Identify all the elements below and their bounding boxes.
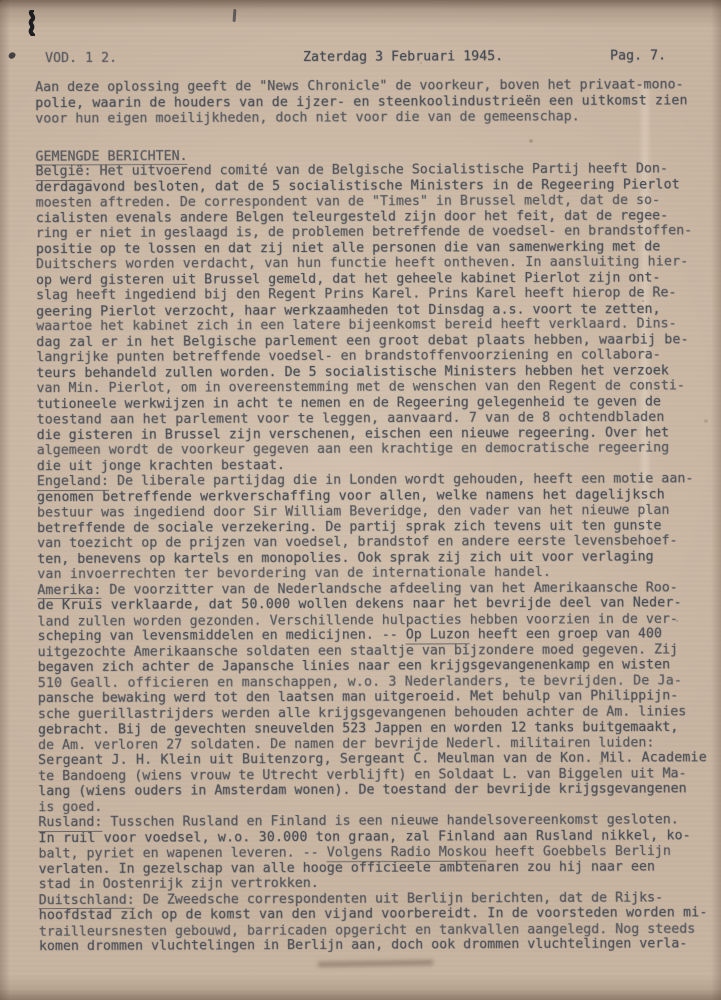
section-belgie: België: Het uitvoerend comité van de Bel… [35,161,696,474]
document-content: VOD. 1 2. Zaterdag 3 Februari 1945. Pag.… [35,48,699,954]
news-sections: België: Het uitvoerend comité van de Bel… [35,161,698,954]
scan-shadow-top [0,0,721,30]
section-engeland: Engeland: De liberale partijdag die in L… [37,471,697,582]
paper-specks [0,0,2,2]
issue-label: VOD. 1 2. [45,51,117,67]
ink-tick-mark [233,9,237,22]
scanned-page: VOD. 1 2. Zaterdag 3 Februari 1945. Pag.… [0,0,721,1000]
page-number-label: Pag. 7. [610,48,666,64]
scan-shadow-bottom [0,974,721,1000]
date-label: Zaterdag 3 Februari 1945. [303,49,503,65]
smudge-mark [318,960,433,967]
scan-shadow-right [711,0,721,1000]
intro-paragraph: Aan deze oplossing geeft de "News Chroni… [35,77,695,126]
section-duitschland: Duitschland: De Zweedsche correspondente… [39,890,699,955]
section-rusland: Rusland: Tusschen Rusland en Finland is … [38,812,698,892]
text-line: komen drommen vluchtelingen in Berlijn a… [39,936,699,954]
ink-dot [7,51,16,60]
scan-shadow-left [0,0,10,1000]
text-line: voor hun eigen moeilijkheden, doch niet … [35,109,695,127]
section-amerika: Amerika: De voorzitter van de Nederlands… [37,580,698,815]
ink-blot [25,10,40,40]
page-header: VOD. 1 2. Zaterdag 3 Februari 1945. Pag.… [35,48,695,67]
